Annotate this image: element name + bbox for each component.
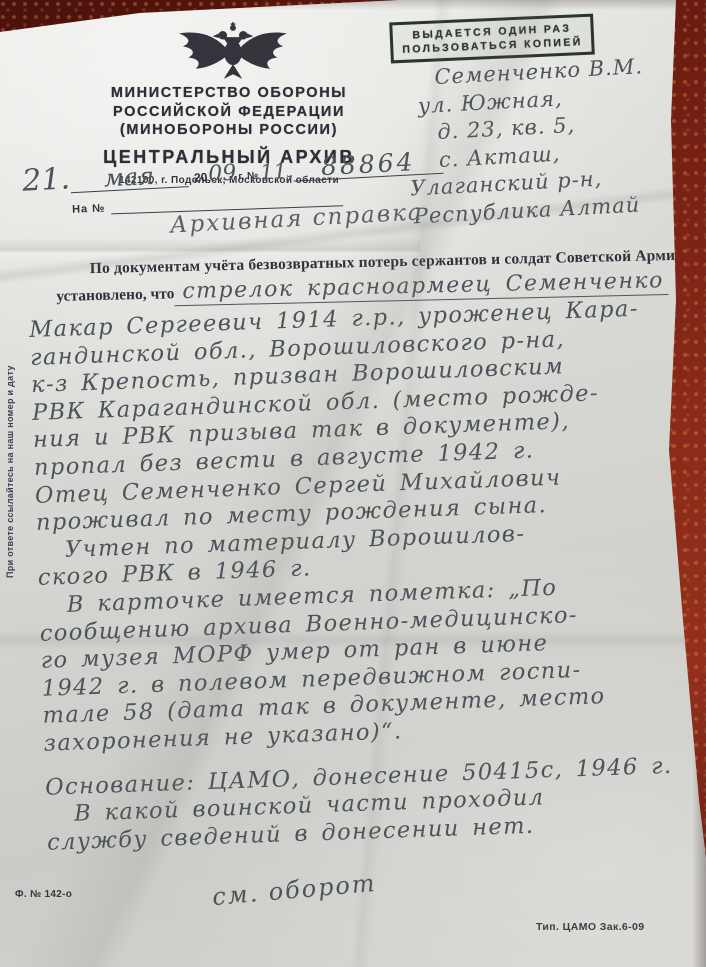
see-reverse-note: см. оборот [211, 869, 378, 911]
handwritten-month: мая [69, 162, 188, 193]
form-number: Ф. № 142-о [15, 889, 72, 900]
double-headed-eagle-emblem-icon [168, 22, 298, 87]
printed-year-prefix: 20 [188, 170, 209, 187]
margin-reference-note: При ответе ссылайтесь на наш номер и дат… [5, 178, 15, 578]
handwritten-body: Макар Сергеевич 1914 г.р., уроженец Кара… [29, 295, 669, 857]
single-use-stamp: ВЫДАЕТСЯ ОДИН РАЗ ПОЛЬЗОВАТЬСЯ КОПИЕЙ [389, 14, 595, 64]
intro-printed-line: установлено, что [56, 285, 174, 306]
ministry-name-line: МИНИСТЕРСТВО ОБОРОНЫ [38, 84, 420, 103]
handwritten-day: 21. [22, 165, 71, 195]
number-label: г. № [236, 170, 261, 184]
paper-sheet: МИНИСТЕРСТВО ОБОРОНЫ РОССИЙСКОЙ ФЕДЕРАЦИ… [0, 0, 706, 967]
handwritten-year: 09 [208, 163, 237, 186]
ministry-name-line: (МИНОБОРОНЫ РОССИИ) [38, 121, 420, 140]
photo-of-archival-document: МИНИСТЕРСТВО ОБОРОНЫ РОССИЙСКОЙ ФЕДЕРАЦИ… [0, 0, 706, 967]
recipient-address-block: Семенченко В.М. ул. Южная, д. 23, кв. 5,… [404, 51, 702, 231]
printer-mark: Тип. ЦАМО Зак.6-09 [536, 921, 645, 933]
ministry-name-line: РОССИЙСКОЙ ФЕДЕРАЦИИ [38, 103, 420, 122]
reply-label: На № [72, 203, 106, 216]
handwritten-number-part1: 11, [260, 161, 294, 184]
